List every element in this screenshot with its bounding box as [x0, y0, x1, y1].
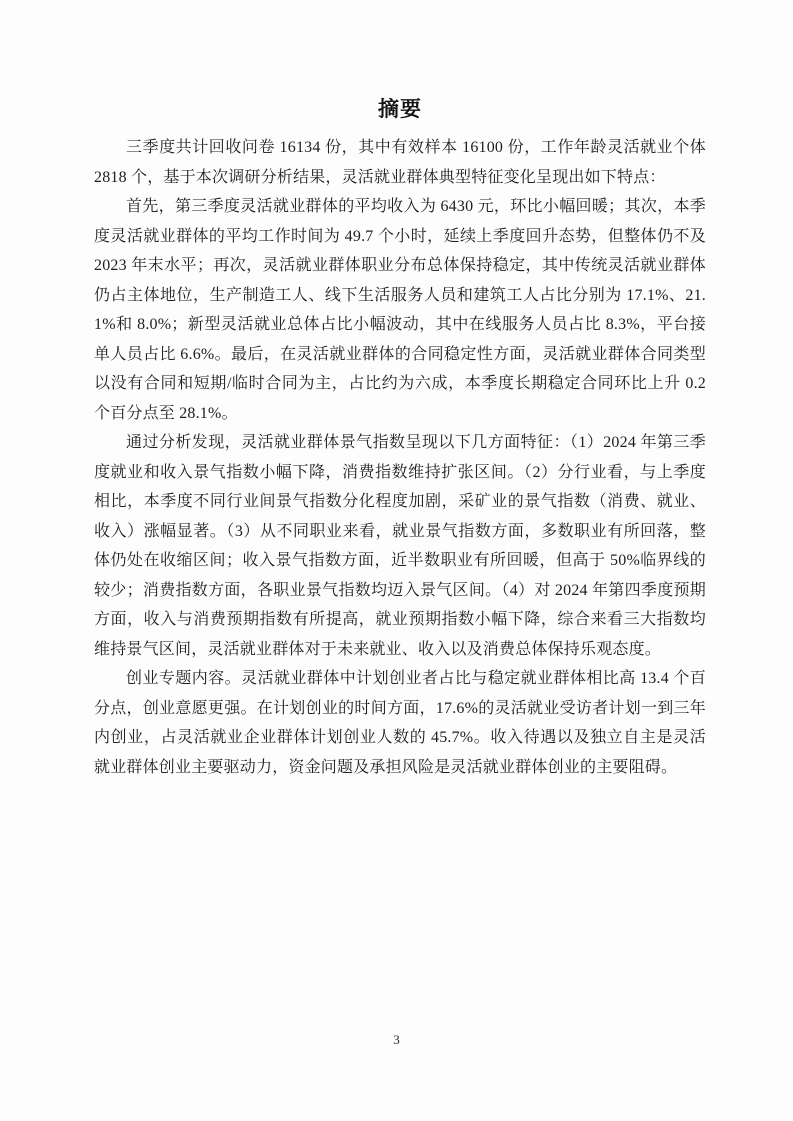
document-page: 摘要 三季度共计回收问卷 16134 份，其中有效样本 16100 份，工作年龄…: [0, 0, 793, 1121]
abstract-title: 摘要: [94, 96, 706, 122]
abstract-paragraph-2: 首先，第三季度灵活就业群体的平均收入为 6430 元，环比小幅回暖；其次，本季度…: [94, 192, 706, 428]
abstract-paragraph-3: 通过分析发现，灵活就业群体景气指数呈现以下几方面特征：（1）2024 年第三季度…: [94, 428, 706, 664]
abstract-paragraph-1: 三季度共计回收问卷 16134 份，其中有效样本 16100 份，工作年龄灵活就…: [94, 133, 706, 192]
page-number: 3: [0, 1031, 793, 1049]
page-content: 摘要 三季度共计回收问卷 16134 份，其中有效样本 16100 份，工作年龄…: [94, 96, 706, 782]
abstract-body: 三季度共计回收问卷 16134 份，其中有效样本 16100 份，工作年龄灵活就…: [94, 133, 706, 782]
abstract-paragraph-4: 创业专题内容。灵活就业群体中计划创业者占比与稳定就业群体相比高 13.4 个百分…: [94, 664, 706, 782]
